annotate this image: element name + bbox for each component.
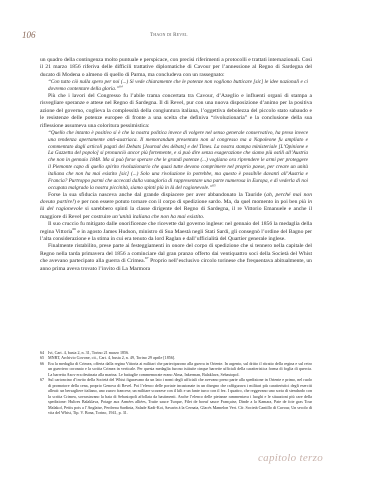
quote-text: “Quello che intanto è positivo si è che … bbox=[48, 130, 308, 191]
text-run: e in agosto James Hudson, ministro di Su… bbox=[40, 229, 312, 242]
main-text: un quadro della contingenza molto puntua… bbox=[40, 57, 312, 273]
quote-text: “Con tutto ciò nulla spero per noi (...)… bbox=[48, 79, 308, 92]
footnotes: 64Ivi, Cart. 4, busta 2, n. 31, Torino 2… bbox=[40, 350, 312, 415]
footnote: 67Sul cartoncino d’invito della Società … bbox=[40, 377, 312, 415]
running-head: Thaon di Revel bbox=[150, 32, 188, 38]
italic-run: un’unità italiana che non ha mai esistit… bbox=[112, 214, 204, 220]
paragraph-2: Più che i lavori del Congresso fu l’abil… bbox=[40, 93, 312, 130]
text-run: ) e per non essere potuto tornare con il… bbox=[74, 199, 299, 205]
footnote-text: Era la medaglia di Crimea, offerta dalla… bbox=[48, 361, 312, 377]
page-number: 106 bbox=[22, 30, 36, 40]
block-quote-2: “Quello che intanto è positivo si è che … bbox=[48, 130, 312, 192]
paragraph-4: Il suo cruccio fu mitigato dalle onorifi… bbox=[40, 221, 312, 243]
footnote: 66Era la medaglia di Crimea, offerta dal… bbox=[40, 361, 312, 377]
paragraph-5: Finalmente ristabilito, prese parte ai f… bbox=[40, 243, 312, 273]
paragraph-1: un quadro della contingenza molto puntua… bbox=[40, 57, 312, 79]
footnote-ref[interactable]: 64 bbox=[119, 84, 123, 88]
chapter-label: capitolo terzo bbox=[258, 452, 323, 464]
footnote-number: 67 bbox=[40, 377, 48, 415]
block-quote-1: “Con tutto ciò nulla spero per noi (...)… bbox=[48, 79, 312, 93]
paragraph-3: Forse la sua sfiducia nasceva anche dal … bbox=[40, 192, 312, 222]
text-run: Forse la sua sfiducia nasceva anche dal … bbox=[48, 192, 266, 198]
footnote-text: Sul cartoncino d’invito della Società de… bbox=[48, 377, 312, 415]
footnote-number: 66 bbox=[40, 361, 48, 377]
footnote-ref[interactable]: 65 bbox=[212, 183, 216, 187]
